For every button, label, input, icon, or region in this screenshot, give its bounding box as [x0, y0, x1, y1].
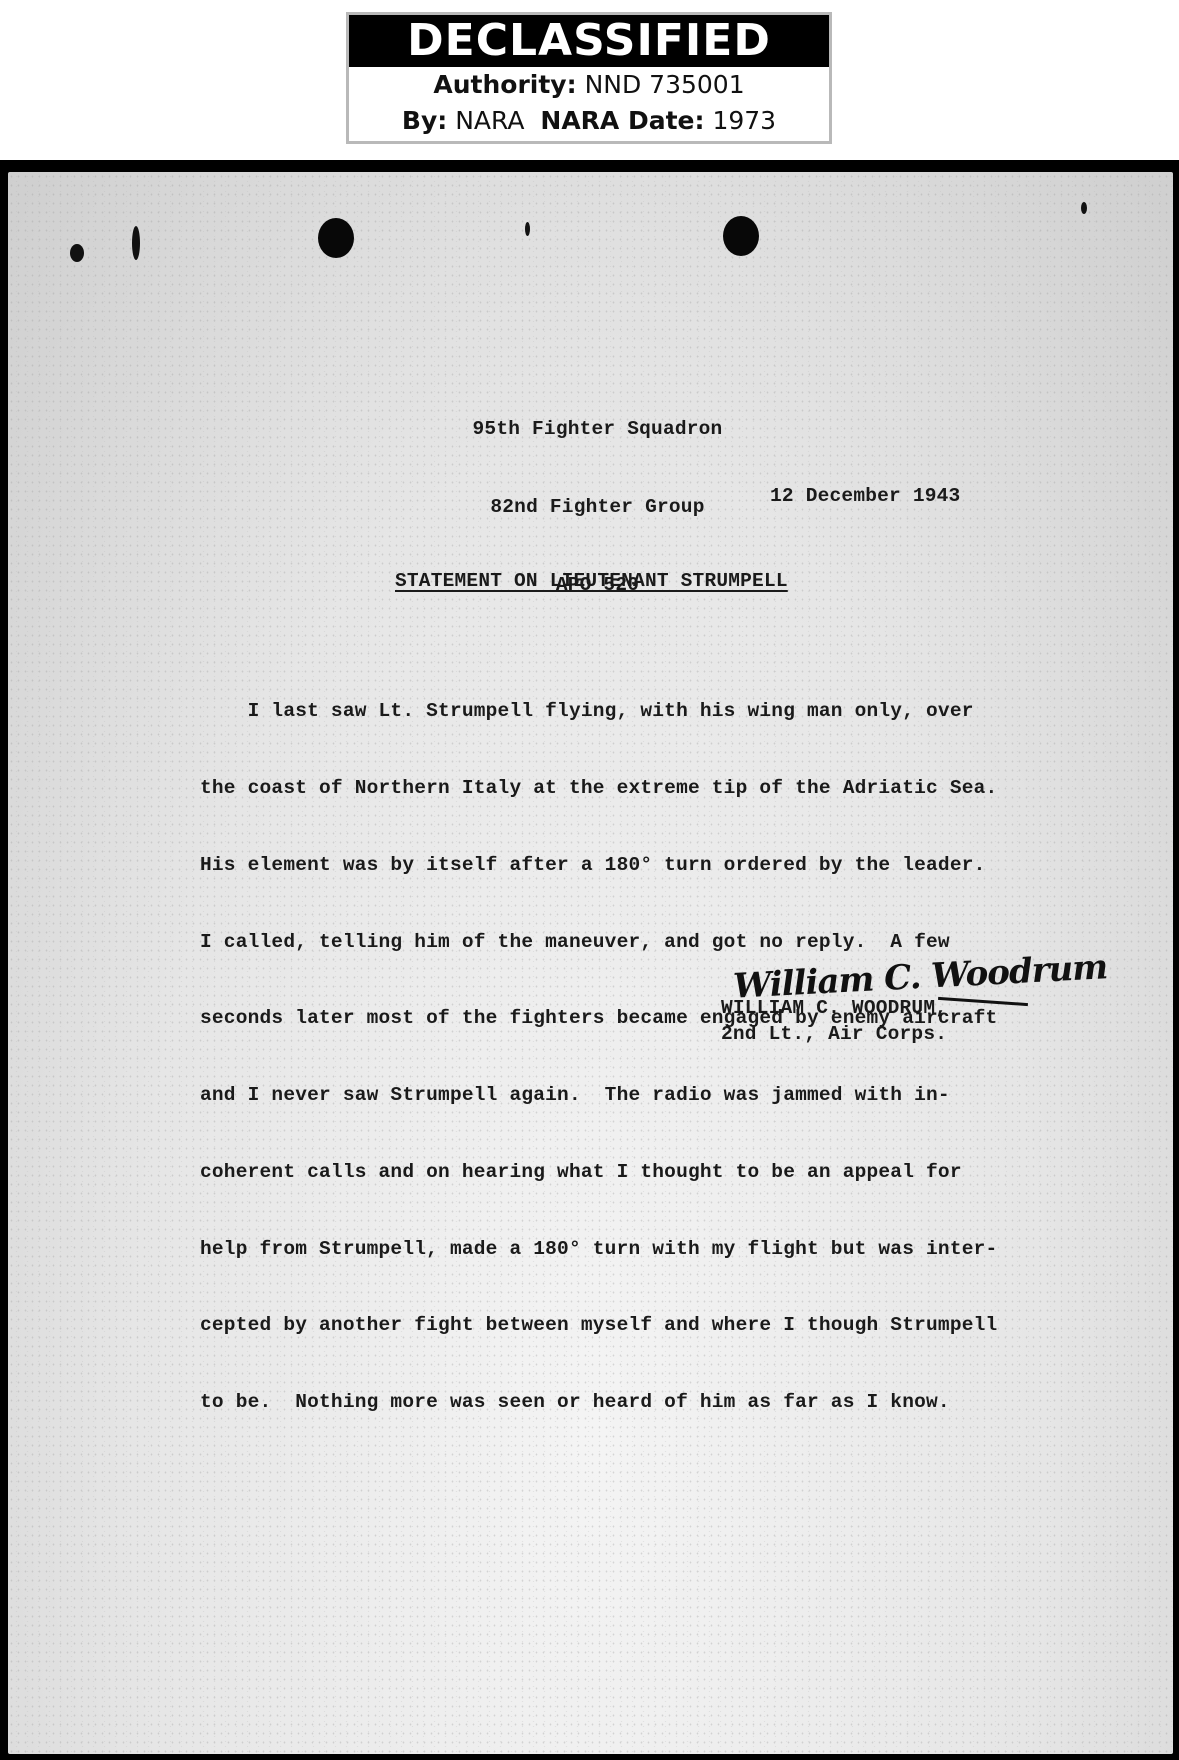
signer-rank: 2nd Lt., Air Corps.: [721, 1023, 947, 1045]
letterhead-group: 82nd Fighter Group: [8, 494, 1179, 520]
document-date: 12 December 1943: [770, 485, 960, 507]
declassified-stamp: DECLASSIFIED Authority: NND 735001 By: N…: [346, 12, 832, 144]
punch-hole-left: [318, 218, 354, 258]
body-line: I last saw Lt. Strumpell flying, with hi…: [200, 699, 997, 725]
stamp-title: DECLASSIFIED: [349, 15, 829, 67]
date-label: NARA Date:: [540, 106, 704, 135]
authority-label: Authority:: [433, 70, 576, 99]
scanned-page: 95th Fighter Squadron 82nd Fighter Group…: [0, 160, 1179, 1760]
by-value: NARA: [455, 106, 524, 135]
body-line: and I never saw Strumpell again. The rad…: [200, 1083, 997, 1109]
body-line: to be. Nothing more was seen or heard of…: [200, 1390, 997, 1416]
by-label: By:: [402, 106, 447, 135]
document-title: STATEMENT ON LIEUTENANT STRUMPELL: [395, 570, 788, 592]
body-line: His element was by itself after a 180° t…: [200, 853, 997, 879]
body-line: coherent calls and on hearing what I tho…: [200, 1160, 997, 1186]
body-line: cepted by another fight between myself a…: [200, 1313, 997, 1339]
letterhead-squadron: 95th Fighter Squadron: [8, 416, 1179, 442]
signer-name: WILLIAM C. WOODRUM,: [721, 997, 947, 1019]
stamp-authority: Authority: NND 735001: [349, 67, 829, 103]
stamp-by-date: By: NARA NARA Date: 1973: [349, 103, 829, 139]
body-line: help from Strumpell, made a 180° turn wi…: [200, 1237, 997, 1263]
paper: 95th Fighter Squadron 82nd Fighter Group…: [8, 172, 1173, 1754]
ink-spot: [1081, 202, 1087, 214]
ink-spot: [70, 244, 84, 262]
authority-value: NND 735001: [585, 70, 745, 99]
letterhead: 95th Fighter Squadron 82nd Fighter Group…: [8, 364, 1179, 650]
ink-spot: [525, 222, 530, 236]
statement-body: I last saw Lt. Strumpell flying, with hi…: [200, 648, 997, 1467]
punch-hole-right: [723, 216, 759, 256]
date-value: 1973: [712, 106, 776, 135]
ink-spot: [132, 226, 140, 260]
body-line: I called, telling him of the maneuver, a…: [200, 930, 997, 956]
body-line: the coast of Northern Italy at the extre…: [200, 776, 997, 802]
